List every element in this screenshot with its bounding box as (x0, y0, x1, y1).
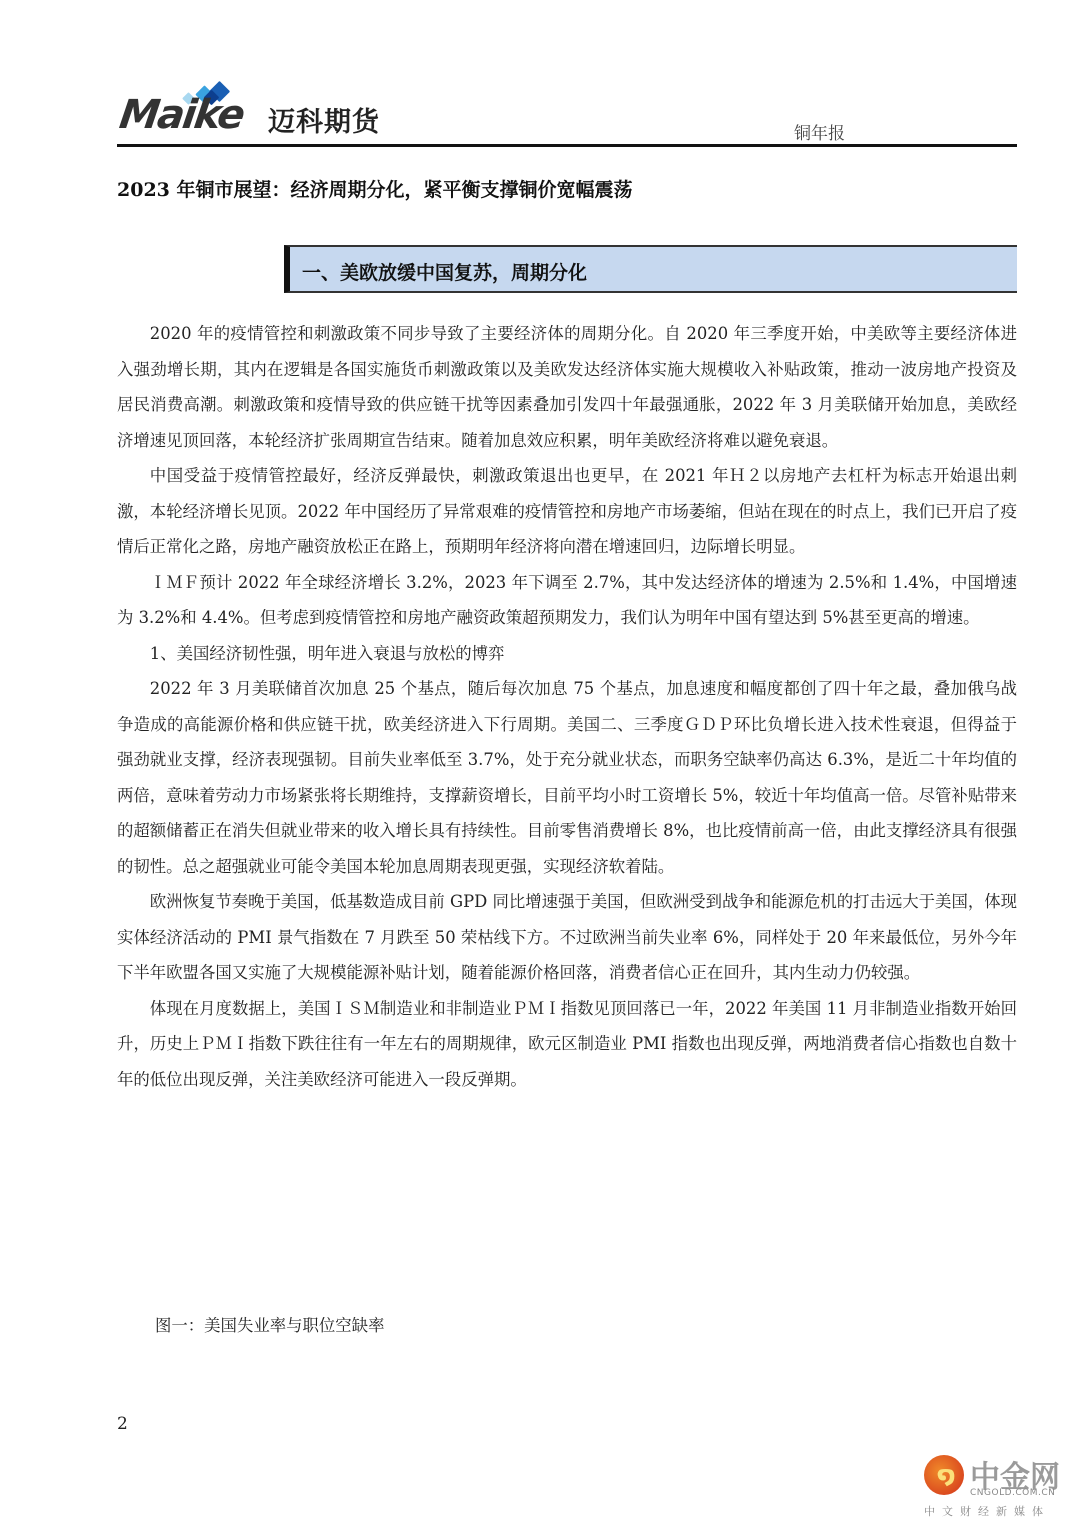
paragraph: 2022 年 3 月美联储首次加息 25 个基点，随后每次加息 75 个基点，加… (117, 671, 1017, 884)
maike-logo: Maike 迈科期货 (120, 80, 410, 136)
paragraph: ＩＭＦ预计 2022 年全球经济增长 3.2%，2023 年下调至 2.7%，其… (117, 565, 1017, 636)
paragraph: 体现在月度数据上，美国ＩＳＭ制造业和非制造业ＰＭＩ指数见顶回落已一年，2022 … (117, 991, 1017, 1098)
paragraph: 中国受益于疫情管控最好，经济反弹最快，刺激政策退出也更早，在 2021 年Ｈ２以… (117, 458, 1017, 565)
subsection-heading: 1、美国经济韧性强，明年进入衰退与放松的博弈 (117, 636, 1017, 672)
page-number: 2 (117, 1414, 128, 1434)
watermark-slogan: 中文财经新媒体 (924, 1503, 1050, 1519)
paragraph: 欧洲恢复节奏晚于美国，低基数造成目前 GPD 同比增速强于美国，但欧洲受到战争和… (117, 884, 1017, 991)
section-heading-box: 一、美欧放缓中国复苏，周期分化 (284, 245, 1017, 293)
header-divider (117, 144, 1017, 147)
body-section-1: 2020 年的疫情管控和刺激政策不同步导致了主要经济体的周期分化。自 2020 … (117, 316, 1017, 1097)
section-heading: 一、美欧放缓中国复苏，周期分化 (302, 258, 587, 285)
logo-company-name: 迈科期货 (268, 100, 380, 139)
cngold-watermark: ໑ 中金网 CNGOLD.COM.CN 中文财经新媒体 (918, 1452, 1078, 1522)
paragraph: 2020 年的疫情管控和刺激政策不同步导致了主要经济体的周期分化。自 2020 … (117, 316, 1017, 458)
document-title: 2023 年铜市展望：经济周期分化，紧平衡支撑铜价宽幅震荡 (117, 175, 633, 202)
figure-caption: 图一：美国失业率与职位空缺率 (155, 1312, 384, 1336)
logo-wordmark: Maike (117, 92, 246, 138)
cngold-logo-icon: ໑ (924, 1455, 964, 1495)
report-type-label: 铜年报 (794, 119, 845, 144)
watermark-domain: CNGOLD.COM.CN (970, 1488, 1055, 1498)
